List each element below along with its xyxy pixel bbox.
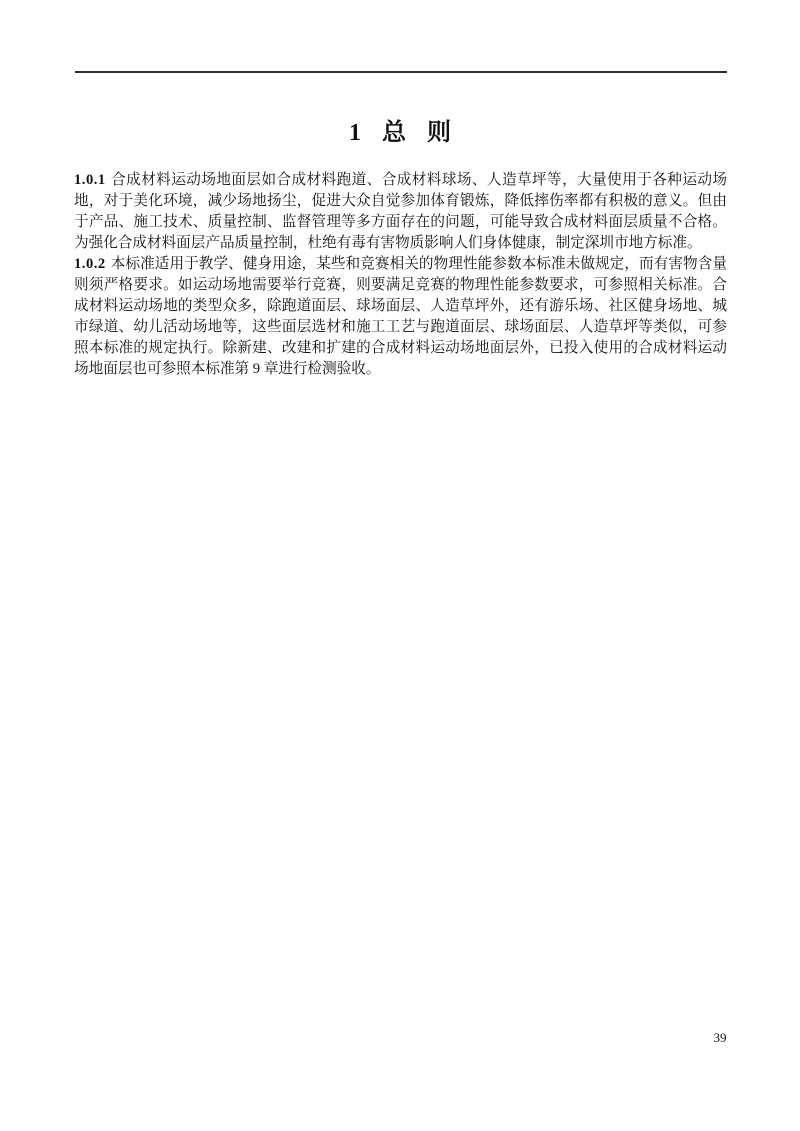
header-rule	[75, 71, 727, 73]
document-page: 1 总 则 1.0.1合成材料运动场地面层如合成材料跑道、合成材料球场、人造草坪…	[0, 0, 800, 1131]
chapter-title: 1 总 则	[74, 112, 727, 147]
clause-text: 本标准适用于教学、健身用途，某些和竞赛相关的物理性能参数本标准未做规定，而有害物…	[74, 256, 727, 377]
clause-paragraph: 1.0.2本标准适用于教学、健身用途，某些和竞赛相关的物理性能参数本标准未做规定…	[74, 254, 727, 380]
clause-number: 1.0.1	[74, 172, 106, 188]
clause-number: 1.0.2	[74, 256, 106, 272]
page-number: 39	[700, 1030, 740, 1046]
clause-paragraph: 1.0.1合成材料运动场地面层如合成材料跑道、合成材料球场、人造草坪等，大量使用…	[74, 170, 727, 254]
clause-text: 合成材料运动场地面层如合成材料跑道、合成材料球场、人造草坪等，大量使用于各种运动…	[74, 172, 727, 251]
document-body: 1.0.1合成材料运动场地面层如合成材料跑道、合成材料球场、人造草坪等，大量使用…	[74, 170, 727, 380]
